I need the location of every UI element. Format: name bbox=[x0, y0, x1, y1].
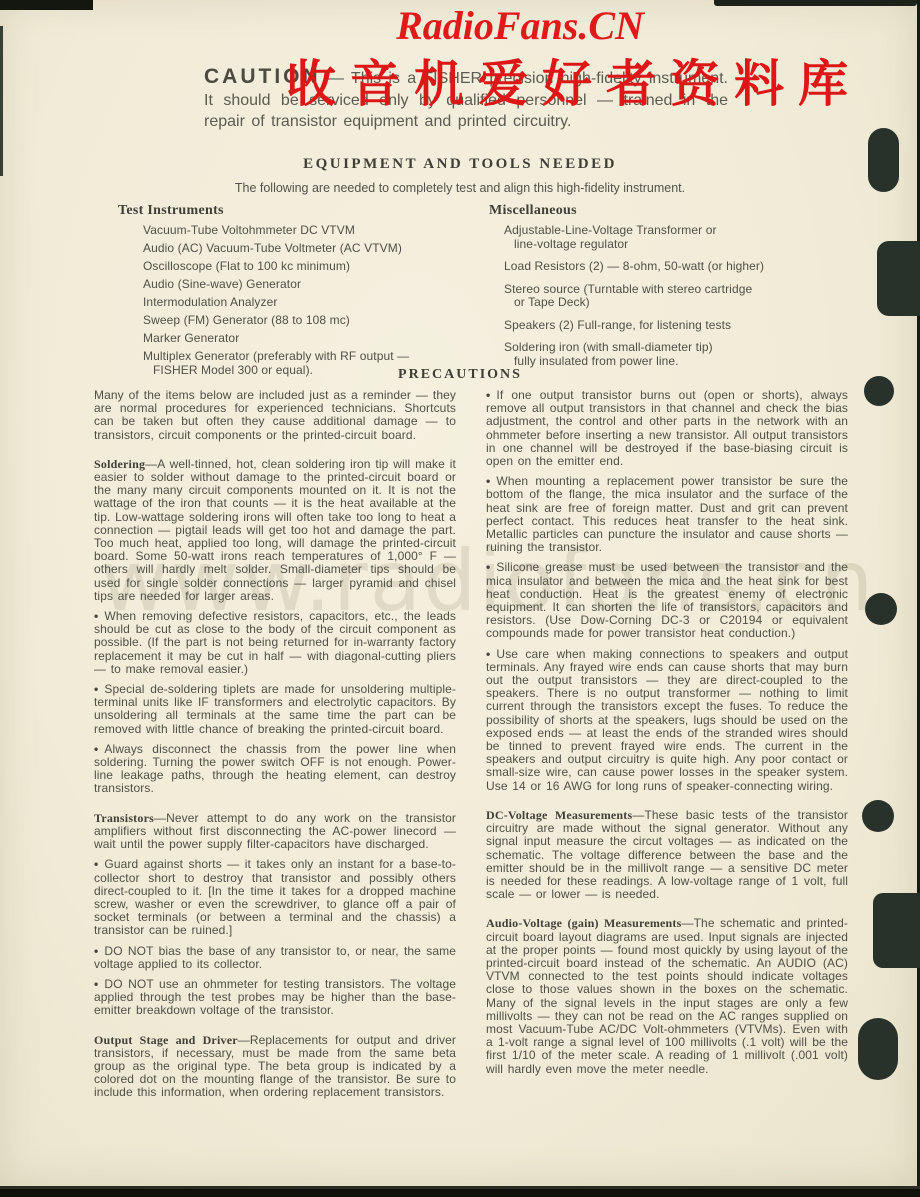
punch-hole bbox=[862, 800, 894, 832]
precaution-paragraph: Output Stage and Driver—Replacements for… bbox=[94, 1034, 456, 1100]
equipment-item-line: Stereo source (Turntable with stereo car… bbox=[504, 283, 844, 297]
paragraph-lead-in: DC-Voltage Measurements bbox=[486, 808, 632, 822]
equipment-item-line: Intermodulation Analyzer bbox=[143, 296, 473, 310]
precaution-paragraph: Transistors—Never attempt to do any work… bbox=[94, 812, 456, 852]
equipment-item-line: Marker Generator bbox=[143, 332, 473, 346]
miscellaneous-heading: Miscellaneous bbox=[489, 203, 577, 219]
miscellaneous-list: Adjustable-Line-Voltage Transformer orli… bbox=[504, 224, 844, 377]
precaution-paragraph: • When mounting a replacement power tran… bbox=[486, 475, 848, 554]
equipment-item-line: Audio (AC) Vacuum-Tube Voltmeter (AC VTV… bbox=[143, 242, 473, 256]
equipment-item: Adjustable-Line-Voltage Transformer orli… bbox=[504, 224, 844, 251]
binder-notch bbox=[858, 1018, 898, 1080]
bullet-dot: • bbox=[94, 977, 98, 991]
precautions-title: PRECAUTIONS bbox=[0, 367, 920, 383]
precaution-paragraph: • Silicone grease must be used between t… bbox=[486, 561, 848, 640]
precaution-paragraph: • If one output transistor burns out (op… bbox=[486, 389, 848, 468]
precaution-paragraph: • Always disconnect the chassis from the… bbox=[94, 743, 456, 796]
precaution-paragraph: Soldering—A well-tinned, hot, clean sold… bbox=[94, 458, 456, 603]
equipment-item: Audio (AC) Vacuum-Tube Voltmeter (AC VTV… bbox=[143, 242, 473, 256]
bullet-dot: • bbox=[94, 682, 98, 696]
precaution-paragraph: • DO NOT use an ohmmeter for testing tra… bbox=[94, 978, 456, 1018]
bullet-dot: • bbox=[94, 609, 98, 623]
bullet-dot: • bbox=[486, 560, 490, 574]
equipment-item: Soldering iron (with small-diameter tip)… bbox=[504, 341, 844, 368]
bullet-dot: • bbox=[486, 388, 490, 402]
equipment-item: Marker Generator bbox=[143, 332, 473, 346]
test-instruments-heading: Test Instruments bbox=[118, 203, 224, 219]
equipment-item: Intermodulation Analyzer bbox=[143, 296, 473, 310]
bottom-edge-strip bbox=[0, 1186, 920, 1197]
top-left-corner-mark bbox=[0, 0, 93, 10]
equipment-item: Load Resistors (2) — 8-ohm, 50-watt (or … bbox=[504, 260, 844, 274]
equipment-item-line: Speakers (2) Full-range, for listening t… bbox=[504, 319, 844, 333]
paragraph-lead-in: Transistors bbox=[94, 811, 154, 825]
equipment-item-line: or Tape Deck) bbox=[504, 296, 844, 310]
left-edge-line bbox=[0, 26, 3, 176]
equipment-item: Sweep (FM) Generator (88 to 108 mc) bbox=[143, 314, 473, 328]
paragraph-lead-in: Soldering bbox=[94, 457, 145, 471]
equipment-title: EQUIPMENT AND TOOLS NEEDED bbox=[0, 156, 920, 173]
top-edge-line bbox=[714, 0, 917, 6]
equipment-item-line: Adjustable-Line-Voltage Transformer or bbox=[504, 224, 844, 238]
precaution-paragraph: DC-Voltage Measurements—These basic test… bbox=[486, 809, 848, 901]
equipment-item: Vacuum-Tube Voltohmmeter DC VTVM bbox=[143, 224, 473, 238]
equipment-item-line: line-voltage regulator bbox=[504, 238, 844, 252]
equipment-item-line: Multiplex Generator (preferably with RF … bbox=[143, 350, 473, 364]
paragraph-lead-in: Audio-Voltage (gain) Measurements bbox=[486, 916, 682, 930]
equipment-item-line: Sweep (FM) Generator (88 to 108 mc) bbox=[143, 314, 473, 328]
binder-tab bbox=[873, 893, 920, 968]
precaution-paragraph: Many of the items below are included jus… bbox=[94, 389, 456, 442]
precaution-paragraph: • Use care when making connections to sp… bbox=[486, 648, 848, 793]
precaution-paragraph: • When removing defective resistors, cap… bbox=[94, 610, 456, 676]
red-site-watermark-cn: 收音机爱好者资料库 bbox=[286, 44, 846, 116]
equipment-item-line: fully insulated from power line. bbox=[504, 355, 844, 369]
red-site-watermark-en: RadioFans.CN bbox=[300, 2, 740, 49]
bullet-dot: • bbox=[94, 944, 98, 958]
bullet-dot: • bbox=[94, 857, 98, 871]
test-instruments-list: Vacuum-Tube Voltohmmeter DC VTVMAudio (A… bbox=[143, 224, 473, 382]
binder-tab bbox=[877, 241, 920, 316]
precautions-left-column: Many of the items below are included jus… bbox=[94, 389, 456, 1100]
equipment-subtitle: The following are needed to completely t… bbox=[0, 181, 920, 195]
scanned-service-manual-page: www.radiofans.cn RadioFans.CN 收音机爱好者资料库 … bbox=[0, 0, 920, 1197]
equipment-item: Stereo source (Turntable with stereo car… bbox=[504, 283, 844, 310]
equipment-item: Audio (Sine-wave) Generator bbox=[143, 278, 473, 292]
equipment-item-line: Audio (Sine-wave) Generator bbox=[143, 278, 473, 292]
precautions-right-column: • If one output transistor burns out (op… bbox=[486, 389, 848, 1076]
equipment-item-line: Soldering iron (with small-diameter tip) bbox=[504, 341, 844, 355]
precaution-paragraph: • Guard against shorts — it takes only a… bbox=[94, 858, 456, 937]
equipment-item: Speakers (2) Full-range, for listening t… bbox=[504, 319, 844, 333]
equipment-item: Oscilloscope (Flat to 100 kc minimum) bbox=[143, 260, 473, 274]
equipment-item-line: Oscilloscope (Flat to 100 kc minimum) bbox=[143, 260, 473, 274]
precaution-paragraph: Audio-Voltage (gain) Measurements—The sc… bbox=[486, 917, 848, 1075]
precaution-paragraph: • Special de-soldering tiplets are made … bbox=[94, 683, 456, 736]
equipment-item-line: Vacuum-Tube Voltohmmeter DC VTVM bbox=[143, 224, 473, 238]
paragraph-lead-in: Output Stage and Driver bbox=[94, 1033, 238, 1047]
bullet-dot: • bbox=[486, 474, 490, 488]
bullet-dot: • bbox=[94, 742, 98, 756]
equipment-item-line: Load Resistors (2) — 8-ohm, 50-watt (or … bbox=[504, 260, 844, 274]
bullet-dot: • bbox=[486, 647, 490, 661]
precaution-paragraph: • DO NOT bias the base of any transistor… bbox=[94, 945, 456, 971]
